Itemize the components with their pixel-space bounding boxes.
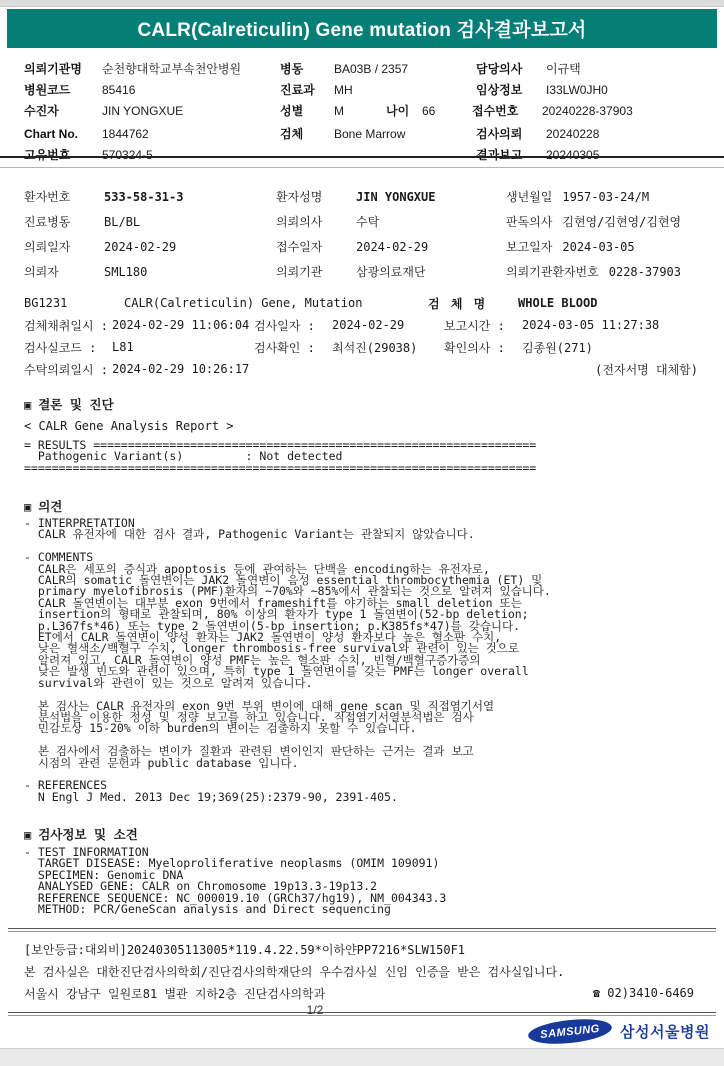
field-label: 의뢰일자 [24, 238, 104, 255]
field-label: 병원코드 [24, 81, 102, 98]
window-bottom-strip [0, 1048, 724, 1066]
field-label: 판독의사 [506, 213, 552, 230]
field-label: 보고일자 [506, 238, 552, 255]
field-label: 검사일자 : [254, 317, 332, 334]
field-value: 2024-02-29 10:26:17 [112, 362, 254, 376]
page-title: CALR(Calreticulin) Gene mutation 검사결과보고서 [138, 15, 587, 42]
field-value: SML180 [104, 265, 276, 279]
field-value: 1844762 [102, 127, 280, 141]
field-value: 20240228 [546, 127, 714, 141]
results-block: = RESULTS ==============================… [24, 440, 536, 474]
field-value: 2024-02-29 [356, 240, 506, 254]
address-text: 서울시 강남구 일원로81 별관 지하2층 진단검사의학과 [24, 985, 325, 1002]
field-value: 20240305 [546, 148, 714, 162]
patient-id: 533-58-31-3 [104, 190, 276, 204]
field-label: 검사확인 : [254, 339, 332, 356]
specimen-value: WHOLE BLOOD [518, 296, 712, 310]
field-value: L81 [112, 340, 254, 354]
phone-number: ☎ 02)3410-6469 [593, 986, 704, 1000]
table-row: 검사실코드 : L81 검사확인 : 최석진(29038) 확인의사 : 김종원… [24, 336, 712, 358]
signature-note: (전자서명 대체함) [254, 361, 712, 378]
field-label: 검체 [280, 125, 334, 142]
field-value: BL/BL [104, 215, 276, 229]
table-row: 의뢰기관명 순천향대학교부속천안병원 병동 BA03B / 2357 담당의사 … [24, 58, 714, 79]
table-row: 고유번호 570324-5 결과보고 20240305 [24, 144, 714, 165]
field-label: 환자성명 [276, 188, 356, 205]
address-line: 서울시 강남구 일원로81 별관 지하2층 진단검사의학과 ☎ 02)3410-… [24, 982, 704, 1004]
certification-line: 본 검사실은 대한진단검사의학회/진단검사의학재단의 우수검사실 신임 인증을 … [24, 960, 704, 982]
field-value: 2024-03-05 11:27:38 [522, 318, 712, 332]
field-label: 의뢰자 [24, 263, 104, 280]
field-label: Chart No. [24, 127, 102, 141]
section-bullet-icon: ▣ [24, 500, 31, 514]
field-value: 2024-03-05 [562, 240, 712, 254]
section-heading-label: 의견 [38, 499, 62, 514]
report-page: CALR(Calreticulin) Gene mutation 검사결과보고서… [0, 0, 724, 1066]
table-row: BG1231 CALR(Calreticulin) Gene, Mutation… [24, 292, 712, 314]
field-label: 의뢰기관 [276, 263, 356, 280]
opinion-body: - INTERPRETATION CALR 유전자에 대한 검사 결과, Pat… [24, 518, 551, 803]
field-label: 확인의사 : [444, 339, 522, 356]
section-heading-opinion: ▣의견 [24, 497, 62, 515]
table-row: Chart No. 1844762 검체 Bone Marrow 검사의뢰 20… [24, 123, 714, 144]
field-value: 1957-03-24/M [562, 190, 712, 204]
table-row: 수탁의뢰일시 : 2024-02-29 10:26:17 (전자서명 대체함) [24, 358, 712, 380]
test-information-body: - TEST INFORMATION TARGET DISEASE: Myelo… [24, 847, 446, 915]
field-value: Bone Marrow [334, 127, 476, 141]
field-value: MH [334, 83, 476, 97]
section-bullet-icon: ▣ [24, 398, 31, 412]
field-label: 검체채취일시 : [24, 317, 112, 334]
field-label: 진료과 [280, 81, 334, 98]
page-number: 1/2 [0, 1003, 630, 1017]
field-label: 수진자 [24, 102, 102, 119]
table-row: 진료병동 BL/BL 의뢰의사 수탁 판독의사 김현영/김현영/김현영 [24, 209, 712, 234]
table-row: 검체채취일시 : 2024-02-29 11:06:04 검사일자 : 2024… [24, 314, 712, 336]
hospital-name: 삼성서울병원 [620, 1021, 710, 1042]
field-label: 고유번호 [24, 146, 102, 163]
specimen-info-table: BG1231 CALR(Calreticulin) Gene, Mutation… [24, 292, 712, 380]
table-row: 의뢰일자 2024-02-29 접수일자 2024-02-29 보고일자 202… [24, 234, 712, 259]
field-value: 수탁 [356, 213, 506, 230]
field-label: 성별 [280, 102, 334, 119]
request-info-table: 의뢰기관명 순천향대학교부속천안병원 병동 BA03B / 2357 담당의사 … [24, 58, 714, 165]
field-label: 의뢰기관명 [24, 60, 102, 77]
field-value: 이규택 [546, 60, 714, 77]
field-label: 생년월일 [506, 188, 552, 205]
section-heading-test-information: ▣검사정보 및 소견 [24, 825, 138, 843]
field-value: 2024-02-29 [104, 240, 276, 254]
field-label: 검 체 명 [428, 295, 518, 312]
security-line: [보안등급:대외비]20240305113005*119.4.22.59*이하얀… [24, 938, 704, 960]
hospital-logo: SAMSUNG 삼성서울병원 [528, 1020, 710, 1043]
field-label: 의뢰의사 [276, 213, 356, 230]
field-label: 검사의뢰 [476, 125, 546, 142]
phone-icon: ☎ [593, 986, 600, 1000]
field-value: 0228-37903 [609, 265, 712, 279]
field-value: JIN YONGXUE [102, 104, 280, 118]
field-label: 환자번호 [24, 188, 104, 205]
section-heading-label: 검사정보 및 소견 [38, 827, 138, 842]
test-code: BG1231 [24, 296, 124, 310]
field-value: BA03B / 2357 [334, 62, 476, 76]
section-heading-conclusion: ▣결론 및 진단 [24, 395, 114, 413]
field-label: 검사실코드 : [24, 339, 112, 356]
divider-thick [0, 156, 724, 158]
window-top-strip [0, 0, 724, 7]
field-label: 담당의사 [476, 60, 546, 77]
field-label: 접수번호 [472, 102, 542, 119]
samsung-logo-icon: SAMSUNG [527, 1016, 613, 1048]
field-label: 결과보고 [476, 146, 546, 163]
field-value: 삼광의료재단 [356, 263, 506, 280]
report-header-bar: CALR(Calreticulin) Gene mutation 검사결과보고서 [7, 9, 717, 48]
field-label: 보고시간 : [444, 317, 522, 334]
field-label: 접수일자 [276, 238, 356, 255]
divider-thin [0, 167, 724, 168]
field-label: 의뢰기관환자번호 [506, 263, 599, 280]
report-title-line: < CALR Gene Analysis Report > [24, 419, 234, 433]
field-label: 진료병동 [24, 213, 104, 230]
test-name: CALR(Calreticulin) Gene, Mutation [124, 296, 428, 310]
field-value: 김현영/김현영/김현영 [562, 213, 712, 230]
field-value: 20240228-37903 [542, 104, 714, 118]
field-value: 85416 [102, 83, 280, 97]
field-label: 병동 [280, 60, 334, 77]
patient-info-table: 환자번호 533-58-31-3 환자성명 JIN YONGXUE 생년월일 1… [24, 184, 712, 284]
field-value: 김종원(271) [522, 339, 712, 356]
field-label: 수탁의뢰일시 : [24, 361, 112, 378]
field-value: 2024-02-29 [332, 318, 444, 332]
field-label: 나이 [386, 102, 422, 119]
patient-name: JIN YONGXUE [356, 190, 506, 204]
section-bullet-icon: ▣ [24, 828, 31, 842]
field-value: 순천향대학교부속천안병원 [102, 60, 280, 77]
table-row: 병원코드 85416 진료과 MH 임상정보 I33LW0JH0 [24, 79, 714, 100]
field-value: 66 [422, 104, 472, 118]
samsung-logo-text: SAMSUNG [540, 1022, 601, 1040]
field-value: I33LW0JH0 [546, 83, 714, 97]
table-row: 환자번호 533-58-31-3 환자성명 JIN YONGXUE 생년월일 1… [24, 184, 712, 209]
section-heading-label: 결론 및 진단 [38, 397, 113, 412]
field-value: 최석진(29038) [332, 339, 444, 356]
field-value: 570324-5 [102, 148, 280, 162]
table-row: 수진자 JIN YONGXUE 성별 M 나이 66 접수번호 20240228… [24, 100, 714, 121]
table-row: 의뢰자 SML180 의뢰기관 삼광의료재단 의뢰기관환자번호 0228-379… [24, 259, 712, 284]
field-value: 2024-02-29 11:06:04 [112, 318, 254, 332]
field-value: M [334, 104, 386, 118]
field-label: 임상정보 [476, 81, 546, 98]
